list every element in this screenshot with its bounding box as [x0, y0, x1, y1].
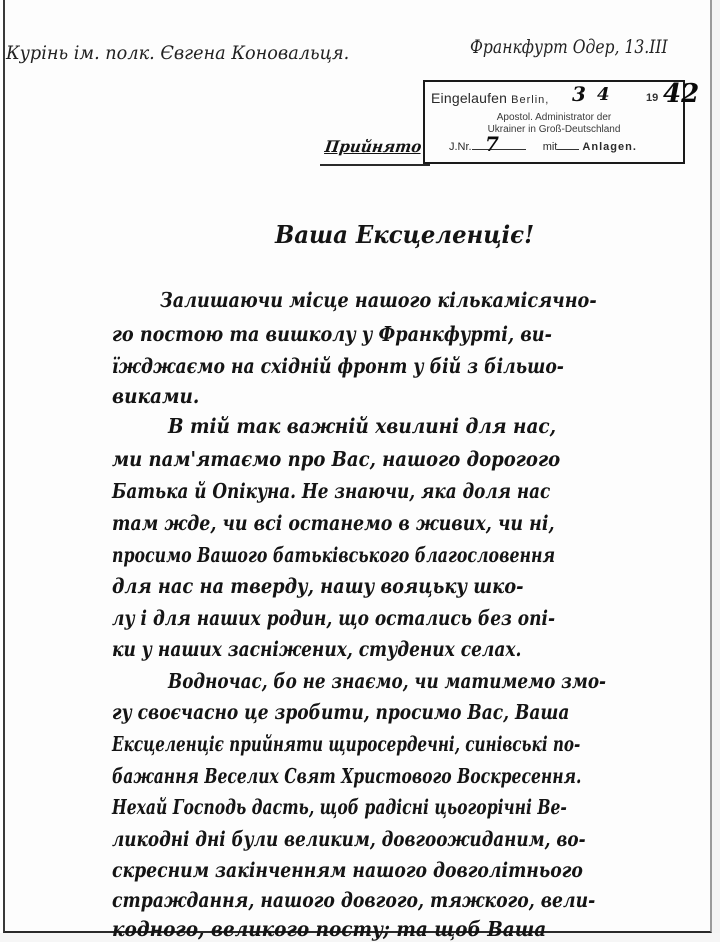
- stamp-year-printed: 19: [646, 92, 658, 104]
- body-line: Водночас, бо не знаємо, чи матимемо змо-: [168, 669, 606, 693]
- salutation: Ваша Ексцеленціє!: [275, 220, 534, 249]
- body-line: для нас на тверду, нашу вояцьку шко-: [112, 574, 524, 598]
- stamp-month: 4: [597, 84, 610, 105]
- body-line: В тій так важній хвилині для нас,: [168, 414, 556, 438]
- stamp-office-line: Apostol. Administrator der: [425, 112, 683, 124]
- body-line: страждання, нашого довгого, тяжкого, вел…: [112, 888, 595, 912]
- registry-signature: Прийнято: [324, 137, 423, 156]
- stamp-region-line: Ukrainer in Groß-Deutschland: [425, 124, 683, 136]
- body-line: Батька й Опікуна. Не знаючи, яка доля на…: [112, 479, 550, 503]
- received-stamp: EingelaufenBerlin, 3 4 19 42 Apostol. Ad…: [423, 80, 685, 164]
- stamp-anlagen-label: Anlagen.: [582, 141, 636, 153]
- sender-heading: Курінь ім. полк. Євгена Коновальця.: [6, 42, 349, 64]
- body-line: там жде, чи всі останемо в живих, чи ні,: [112, 511, 555, 535]
- body-line: ликодні дні були великим, довгоожиданим,…: [112, 827, 586, 851]
- stamp-jnr-label: J.Nr.: [449, 141, 472, 153]
- stamp-city: Berlin,: [511, 94, 549, 106]
- body-line: кодного, великого посту; та щоб Ваша: [112, 917, 546, 941]
- stamp-journal-number: 7: [485, 132, 499, 156]
- body-line: Залишаючи місце нашого кількамісячно-: [160, 288, 597, 312]
- stamp-journal-row: J.Nr. mit Anlagen.: [449, 140, 637, 153]
- stamp-day: 3: [572, 82, 586, 106]
- body-line: гу своєчасно це зробити, просимо Вас, Ва…: [112, 700, 569, 724]
- stamp-year-handwritten: 42: [663, 79, 699, 109]
- body-line: ми пам'ятаємо про Вас, нашого дорогого: [112, 447, 560, 471]
- signature-underline: [320, 164, 430, 166]
- body-line: ки у наших засніжених, студених селах.: [112, 637, 521, 661]
- stamp-received-row: EingelaufenBerlin,: [431, 90, 549, 106]
- body-line: бажання Веселих Свят Христового Воскресе…: [112, 764, 581, 788]
- place-date: Франкфурт Одер, 13.III: [470, 36, 668, 58]
- body-line: скресним закінченням нашого довголітньог…: [112, 858, 583, 882]
- scan-margin-right: [712, 0, 720, 942]
- body-line: го постою та вишколу у Франкфурті, ви-: [112, 322, 552, 346]
- body-line: виками.: [112, 384, 199, 408]
- body-line: лу і для наших родин, що остались без оп…: [112, 606, 555, 630]
- body-line: Нехай Господь дасть, щоб радісні цьогорі…: [112, 795, 567, 819]
- body-line: їжджаємо на східній фронт у бій з більшо…: [112, 354, 564, 378]
- stamp-mit-label: mit: [543, 141, 558, 153]
- body-line: просимо Вашого батьківського благословен…: [112, 543, 555, 567]
- body-line: Ексцеленціє прийняти щиросердечні, синів…: [112, 732, 580, 756]
- stamp-mit-blank: [557, 140, 579, 150]
- stamp-received-label: Eingelaufen: [431, 90, 507, 106]
